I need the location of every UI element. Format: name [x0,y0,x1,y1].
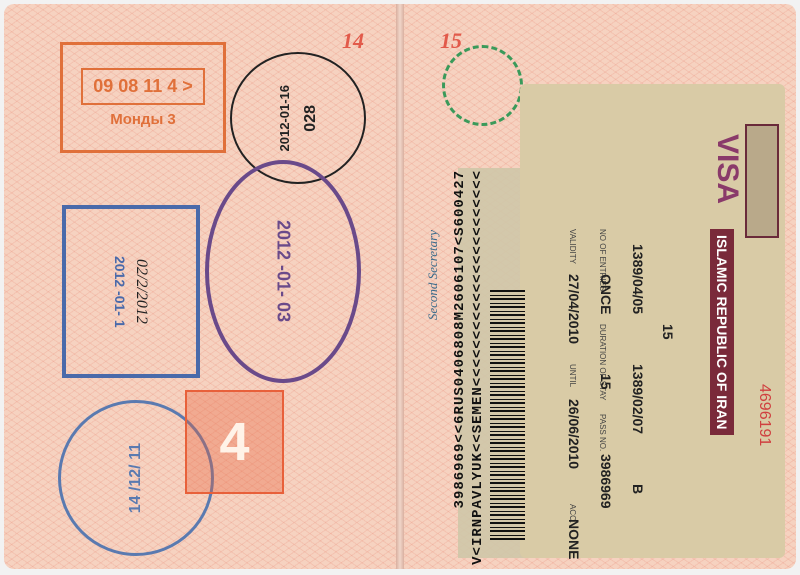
red-stamp-number: 4 [219,411,249,473]
visa-pass-number: 3986969 [598,454,614,509]
mrz-line-2: 3986969<<6RUS0406808M2606107<S600427 [452,170,468,508]
round-entry-date: 14 /12/ 11 [127,443,145,513]
visa-barcode [490,290,525,540]
lesotho-departure-date: 2012 -01- 03 [273,220,294,322]
consul-signature: Second Secretary [425,230,441,320]
pass-label: PASS NO. [598,414,607,451]
sa-stamp-number: 028 [302,105,320,132]
validity-to: 26/06/2010 [566,399,582,469]
visa-header: VISA [710,134,744,204]
mongolia-stamp-sub: Монды 3 [110,111,176,128]
lesotho-entry-stamp: 2012 -01- 1 02/2/2012 [62,205,200,378]
mongolia-stamp: 09 08 11 4 > Монды 3 [60,42,226,153]
green-consulate-stamp [442,45,523,126]
visa-duration-days: 15 [660,324,676,340]
mrz-line-1: V<IRNPAVLYUK<<SEMEN<<<<<<<<<<<<<<<<<<<<<… [470,170,486,565]
handwritten-date: 02/2/2012 [132,259,150,324]
visa-type: B [630,484,646,494]
lesotho-entry-date: 2012 -01- 1 [112,256,128,328]
visa-serial-number: 4696191 [755,384,773,446]
page-number-left: 14 [342,28,364,54]
visa-date-from: 1389/04/05 [630,244,646,314]
red-number-stamp: 4 [185,390,284,494]
visa-stay: 15 [598,374,614,390]
page-number-right: 15 [440,28,462,54]
validity-label: VALIDITY [568,229,577,264]
visa-acc: NONE [566,519,582,559]
visa-entries: ONCE [598,274,614,314]
visa-country: ISLAMIC REPUBLIC OF IRAN [710,229,734,435]
visa-ornament-band [745,124,779,238]
lesotho-departure-stamp: 2012 -01- 03 [205,160,361,383]
iran-visa-sticker: VISA ISLAMIC REPUBLIC OF IRAN 4696191 15… [520,84,785,558]
visa-date-to: 1389/02/07 [630,364,646,434]
sa-stamp-date: 2012-01-16 [277,85,292,152]
validity-from: 27/04/2010 [566,274,582,344]
passport-gutter [396,4,404,569]
until-label: UNTIL [568,364,577,387]
mongolia-stamp-code: 09 08 11 4 > [81,68,205,105]
